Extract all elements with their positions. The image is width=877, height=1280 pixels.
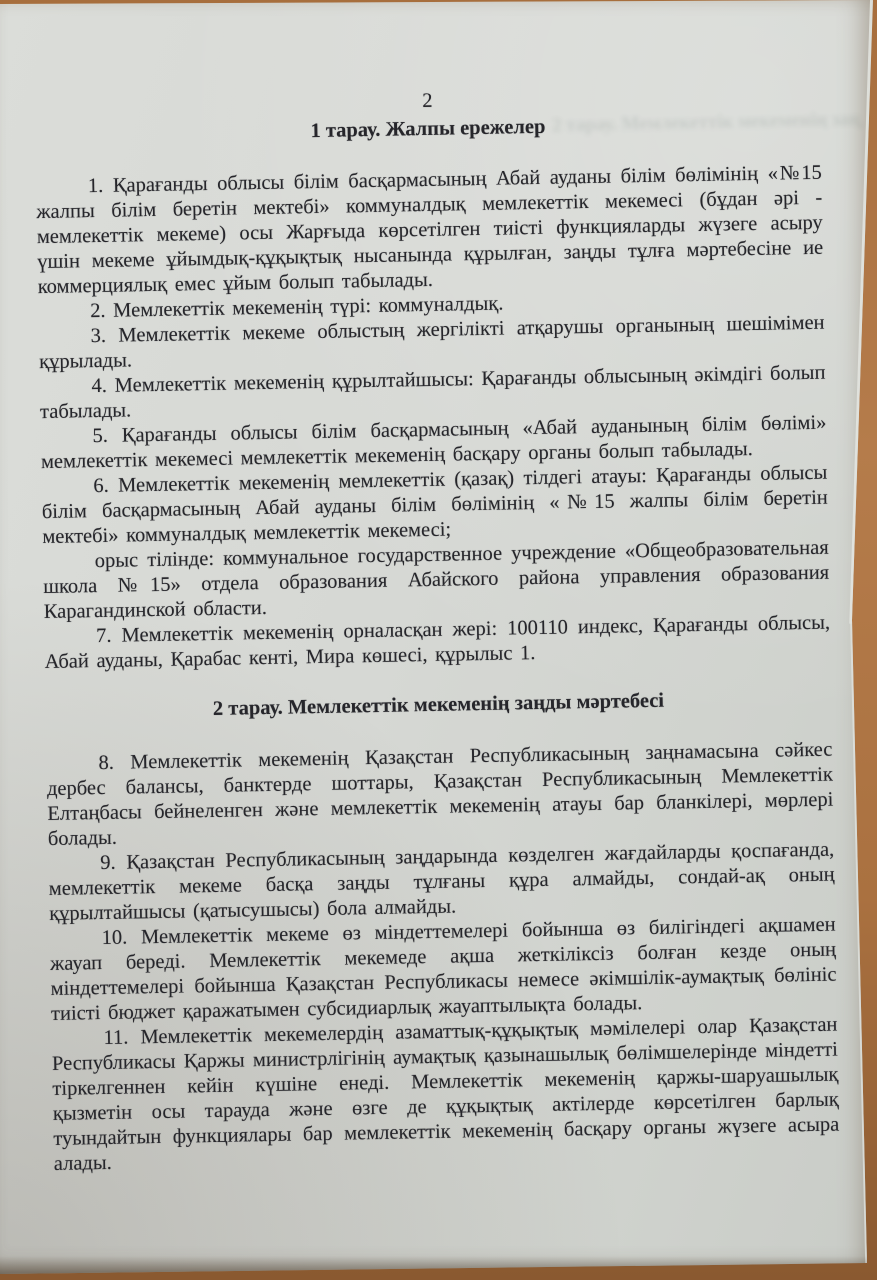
section-2-body: 8. Мемлекеттік мекеменің Қазақстан Респу… [46,738,840,1177]
section-heading-2: 2 тарау. Мемлекеттік мекеменің заңды мәр… [45,686,831,725]
paragraph: 10. Мемлекеттік мекеме өз міндеттемелері… [49,913,837,1027]
page-bottom-shadow [0,1256,877,1274]
paragraph: 9. Қазақстан Республикасының заңдарында … [48,838,835,927]
paragraph: 11. Мемлекеттік мекемелердің азаматтық-қ… [51,1013,840,1177]
paragraph: орыс тілінде: коммунальное государственн… [43,536,830,625]
photo-background: 2 тарау. Мемлекеттік мекеменің заңды мәр… [0,0,877,1280]
paragraph: 1. Қарағанды облысы білім басқармасының … [36,161,824,300]
section-1-body: 1. Қарағанды облысы білім басқармасының … [36,161,831,675]
document-text: 2 1 тарау. Жалпы ережелер 1. Қарағанды о… [33,0,840,1177]
paragraph: 6. Мемлекеттік мекеменің мемлекеттік (қа… [41,461,828,550]
page-edge-highlight [849,0,873,624]
document-page: 2 тарау. Мемлекеттік мекеменің заңды мәр… [0,0,877,1280]
paragraph: 8. Мемлекеттік мекеменің Қазақстан Респу… [46,738,834,852]
page-edge-highlight [850,618,868,1266]
page-number: 2 [33,0,821,121]
